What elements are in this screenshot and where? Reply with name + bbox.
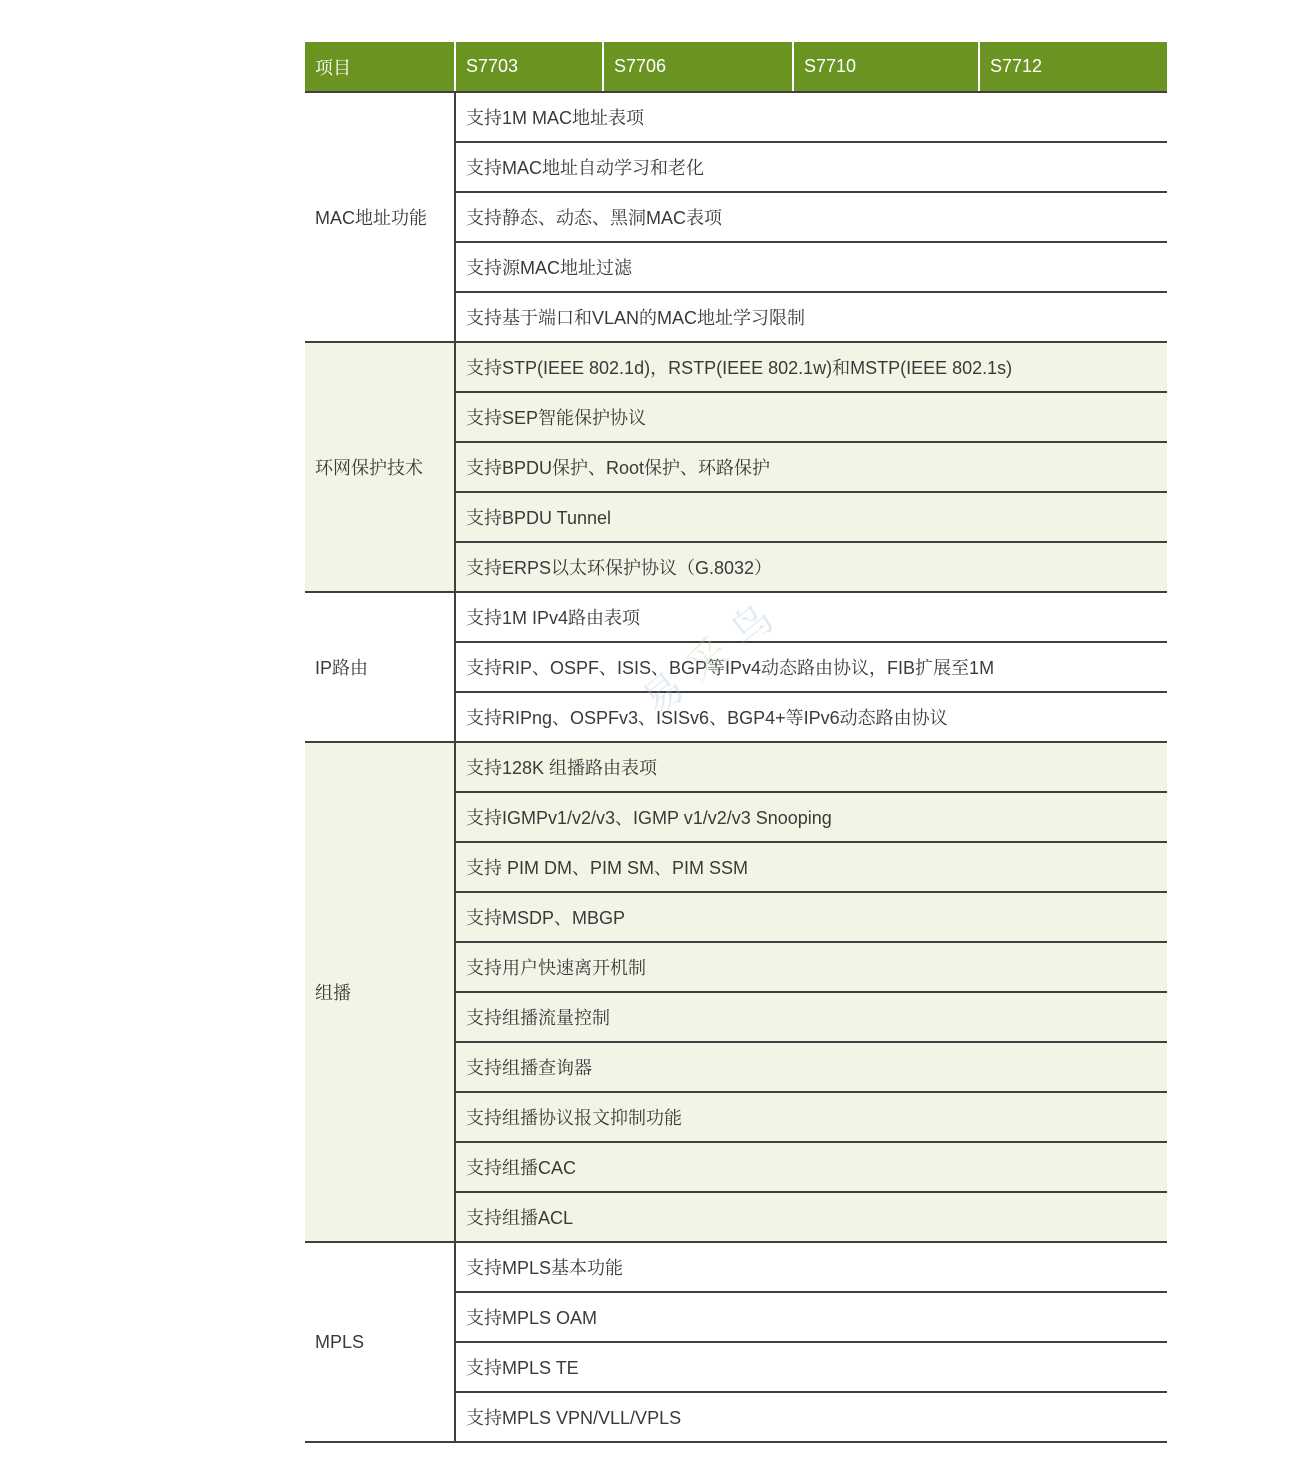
- table-row: 组播 支持128K 组播路由表项: [305, 742, 1167, 792]
- feature-cell: 支持BPDU保护、Root保护、环路保护: [455, 442, 1167, 492]
- feature-cell: 支持IGMPv1/v2/v3、IGMP v1/v2/v3 Snooping: [455, 792, 1167, 842]
- feature-cell: 支持组播查询器: [455, 1042, 1167, 1092]
- category-cell: MAC地址功能: [305, 92, 455, 342]
- column-header-s7712: S7712: [979, 42, 1167, 92]
- feature-cell: 支持BPDU Tunnel: [455, 492, 1167, 542]
- feature-cell: 支持组播流量控制: [455, 992, 1167, 1042]
- category-cell: MPLS: [305, 1242, 455, 1442]
- category-cell: IP路由: [305, 592, 455, 742]
- category-cell: 组播: [305, 742, 455, 1242]
- feature-cell: 支持1M MAC地址表项: [455, 92, 1167, 142]
- table-row: MPLS 支持MPLS基本功能: [305, 1242, 1167, 1292]
- feature-cell: 支持 PIM DM、PIM SM、PIM SSM: [455, 842, 1167, 892]
- feature-cell: 支持RIPng、OSPFv3、ISISv6、BGP4+等IPv6动态路由协议: [455, 692, 1167, 742]
- column-header-s7703: S7703: [455, 42, 603, 92]
- feature-cell: 支持MPLS TE: [455, 1342, 1167, 1392]
- section-mac: MAC地址功能 支持1M MAC地址表项 支持MAC地址自动学习和老化 支持静态…: [305, 92, 1167, 342]
- section-ring-protection: 环网保护技术 支持STP(IEEE 802.1d)，RSTP(IEEE 802.…: [305, 342, 1167, 592]
- feature-cell: 支持静态、动态、黑洞MAC表项: [455, 192, 1167, 242]
- feature-cell: 支持组播协议报文抑制功能: [455, 1092, 1167, 1142]
- column-header-s7710: S7710: [793, 42, 979, 92]
- feature-cell: 支持基于端口和VLAN的MAC地址学习限制: [455, 292, 1167, 342]
- feature-cell: 支持组播ACL: [455, 1192, 1167, 1242]
- header-row: 项目 S7703 S7706 S7710 S7712: [305, 42, 1167, 92]
- feature-cell: 支持MPLS VPN/VLL/VPLS: [455, 1392, 1167, 1442]
- feature-cell: 支持1M IPv4路由表项: [455, 592, 1167, 642]
- feature-cell: 支持用户快速离开机制: [455, 942, 1167, 992]
- feature-cell: 支持ERPS以太环保护协议（G.8032）: [455, 542, 1167, 592]
- section-ip-routing: IP路由 支持1M IPv4路由表项 支持RIP、OSPF、ISIS、BGP等I…: [305, 592, 1167, 742]
- column-header-item: 项目: [305, 42, 455, 92]
- column-header-s7706: S7706: [603, 42, 793, 92]
- feature-cell: 支持STP(IEEE 802.1d)，RSTP(IEEE 802.1w)和MST…: [455, 342, 1167, 392]
- section-mpls: MPLS 支持MPLS基本功能 支持MPLS OAM 支持MPLS TE 支持M…: [305, 1242, 1167, 1442]
- feature-cell: 支持MAC地址自动学习和老化: [455, 142, 1167, 192]
- table-row: MAC地址功能 支持1M MAC地址表项: [305, 92, 1167, 142]
- feature-cell: 支持128K 组播路由表项: [455, 742, 1167, 792]
- feature-cell: 支持MPLS基本功能: [455, 1242, 1167, 1292]
- feature-cell: 支持组播CAC: [455, 1142, 1167, 1192]
- table-row: 环网保护技术 支持STP(IEEE 802.1d)，RSTP(IEEE 802.…: [305, 342, 1167, 392]
- feature-cell: 支持MSDP、MBGP: [455, 892, 1167, 942]
- feature-cell: 支持RIP、OSPF、ISIS、BGP等IPv4动态路由协议，FIB扩展至1M: [455, 642, 1167, 692]
- feature-cell: 支持SEP智能保护协议: [455, 392, 1167, 442]
- feature-cell: 支持MPLS OAM: [455, 1292, 1167, 1342]
- feature-cell: 支持源MAC地址过滤: [455, 242, 1167, 292]
- section-multicast: 组播 支持128K 组播路由表项 支持IGMPv1/v2/v3、IGMP v1/…: [305, 742, 1167, 1242]
- spec-table: 项目 S7703 S7706 S7710 S7712 MAC地址功能 支持1M …: [305, 42, 1167, 1443]
- table-row: IP路由 支持1M IPv4路由表项: [305, 592, 1167, 642]
- spec-table-container: 项目 S7703 S7706 S7710 S7712 MAC地址功能 支持1M …: [305, 42, 1167, 1443]
- category-cell: 环网保护技术: [305, 342, 455, 592]
